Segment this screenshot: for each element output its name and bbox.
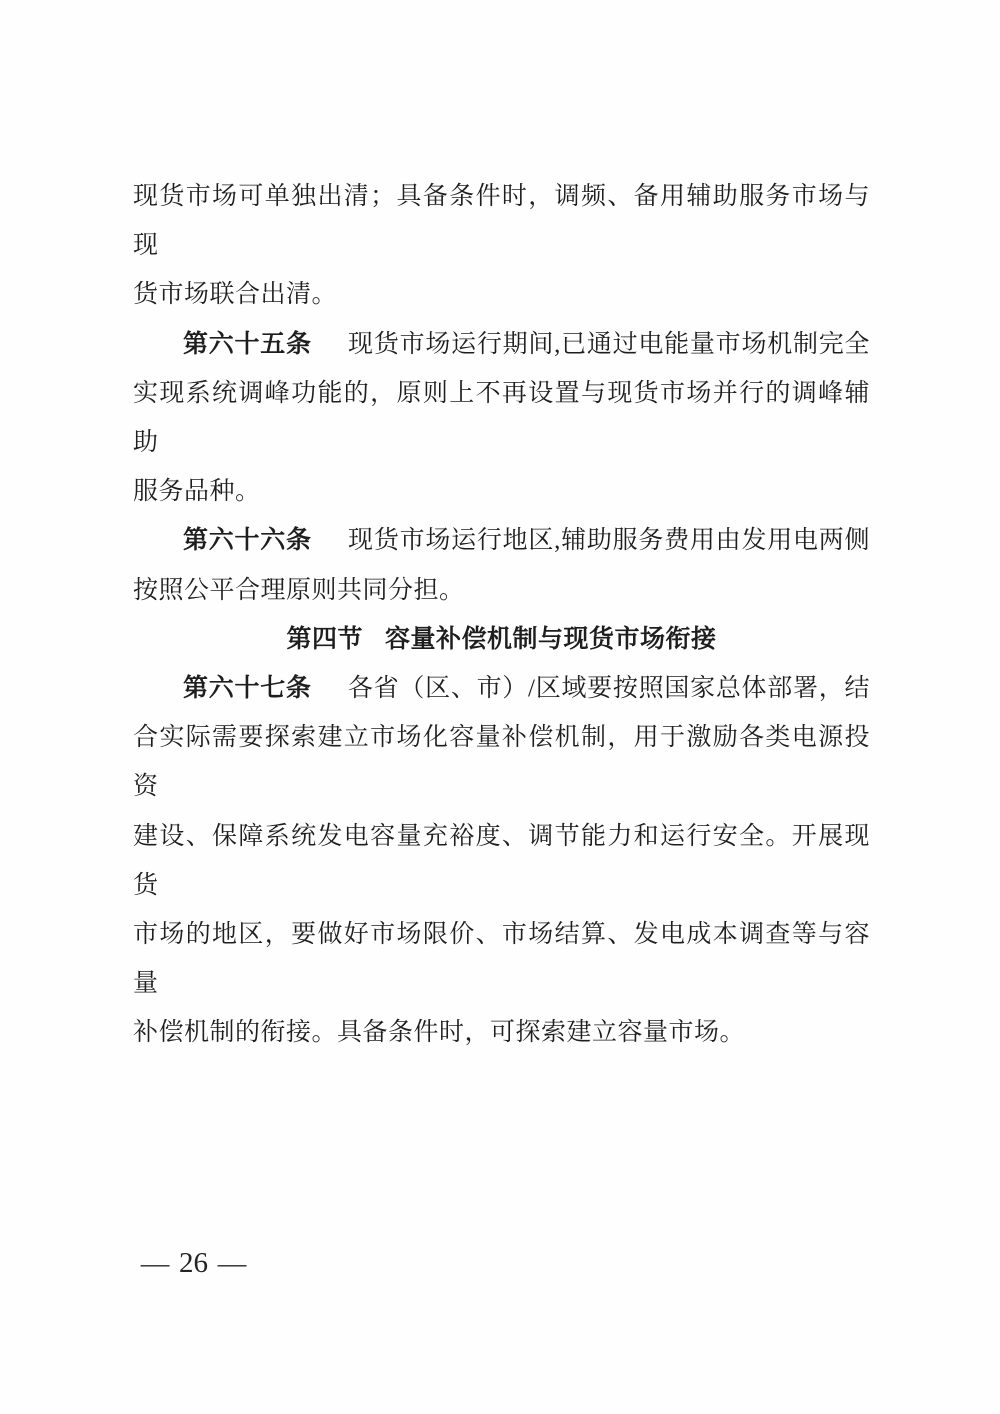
text-line: 实现系统调峰功能的，原则上不再设置与现货市场并行的调峰辅助 (133, 369, 870, 467)
article-67-line: 第六十七条各省（区、市）/区域要按照国家总体部署，结 (133, 664, 870, 713)
article-66-line: 第六十六条现货市场运行地区,辅助服务费用由发用电两侧 (133, 516, 870, 565)
footer-dash-right: — (218, 1249, 247, 1279)
footer-dash-left: — (141, 1249, 170, 1279)
article-67-number: 第六十七条 (183, 675, 312, 702)
article-67-text: 各省（区、市）/区域要按照国家总体部署，结 (348, 675, 870, 702)
text-line: 市场的地区，要做好市场限价、市场结算、发电成本调查等与容量 (133, 910, 870, 1008)
article-65-number: 第六十五条 (183, 331, 312, 358)
page-body: 现货市场可单独出清；具备条件时，调频、备用辅助服务市场与现 货市场联合出清。 第… (133, 172, 870, 1058)
section-label: 第四节 (286, 626, 363, 653)
section-title: 容量补偿机制与现货市场衔接 (385, 626, 717, 653)
article-66-number: 第六十六条 (183, 527, 312, 554)
page-number: 26 (179, 1247, 208, 1280)
document-page: 现货市场可单独出清；具备条件时，调频、备用辅助服务市场与现 货市场联合出清。 第… (0, 0, 1000, 1414)
page-footer: — 26 — (142, 1247, 245, 1280)
article-65-text: 现货市场运行期间,已通过电能量市场机制完全 (348, 331, 870, 358)
text-line: 按照公平合理原则共同分担。 (133, 566, 870, 615)
article-66-text: 现货市场运行地区,辅助服务费用由发用电两侧 (348, 527, 870, 554)
text-line: 现货市场可单独出清；具备条件时，调频、备用辅助服务市场与现 (133, 172, 870, 270)
text-line: 货市场联合出清。 (133, 270, 870, 319)
section-heading: 第四节容量补偿机制与现货市场衔接 (133, 615, 870, 664)
text-line: 补偿机制的衔接。具备条件时，可探索建立容量市场。 (133, 1008, 870, 1057)
text-line: 合实际需要探索建立市场化容量补偿机制，用于激励各类电源投资 (133, 713, 870, 811)
text-line: 服务品种。 (133, 467, 870, 516)
text-line: 建设、保障系统发电容量充裕度、调节能力和运行安全。开展现货 (133, 812, 870, 910)
article-65-line: 第六十五条现货市场运行期间,已通过电能量市场机制完全 (133, 320, 870, 369)
